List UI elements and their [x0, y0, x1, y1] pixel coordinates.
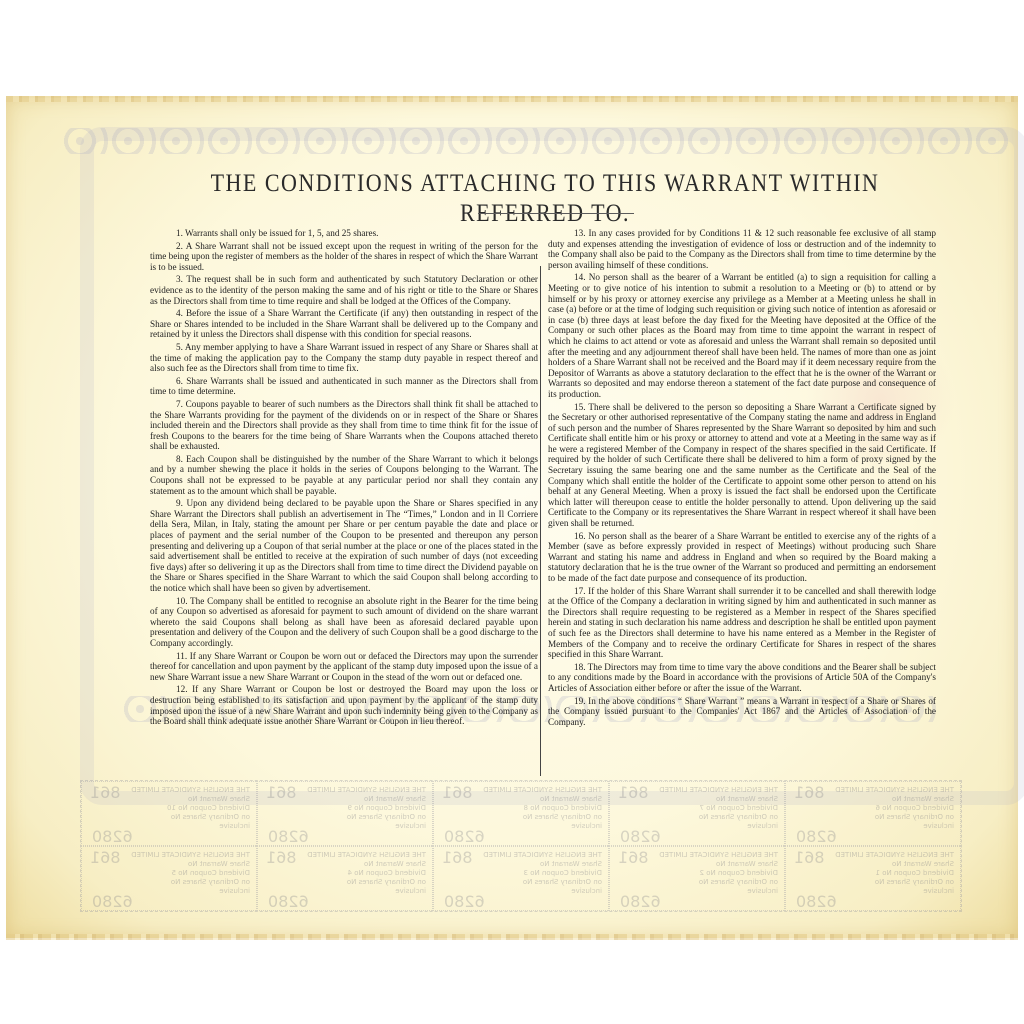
condition-paragraph: 18. The Directors may from time to time …: [548, 662, 936, 694]
condition-paragraph: 9. Upon any dividend being declared to b…: [150, 498, 538, 593]
show-through-coupon: THE ENGLISH SYNDICATE LIMITEDShare Warra…: [433, 781, 609, 846]
coupon-shares-label: on Ordinary Shares No: [440, 878, 602, 887]
coupon-share-range: 6280: [444, 897, 485, 906]
show-through-coupon: THE ENGLISH SYNDICATE LIMITEDShare Warra…: [785, 781, 961, 846]
coupon-shares-label: on Ordinary Shares No: [616, 878, 778, 887]
coupon-warrant-no: 861: [266, 788, 297, 797]
coupon-warrant-no: 861: [90, 853, 121, 862]
condition-paragraph: 14. No person shall as the bearer of a W…: [548, 272, 936, 399]
coupon-warrant-no: 861: [618, 853, 649, 862]
coupon-shares-label: on Ordinary Shares No: [440, 813, 602, 822]
coupon-number-label: Dividend Coupon No 2: [616, 869, 778, 878]
condition-paragraph: 12. If any Share Warrant or Coupon be lo…: [150, 684, 538, 726]
coupon-share-range: 6280: [92, 832, 133, 841]
coupon-shares-label: on Ordinary Shares No: [792, 878, 954, 887]
show-through-coupon: THE ENGLISH SYNDICATE LIMITEDShare Warra…: [257, 781, 433, 846]
coupon-number-label: Dividend Coupon No 8: [440, 804, 602, 813]
condition-paragraph: 8. Each Coupon shall be distinguished by…: [150, 454, 538, 496]
coupon-share-range: 6280: [620, 897, 661, 906]
coupon-shares-label: on Ordinary Shares No: [264, 878, 426, 887]
title-rule: [478, 213, 634, 214]
condition-paragraph: 16. No person shall as the bearer of a S…: [548, 531, 936, 584]
coupon-warrant-no: 861: [794, 788, 825, 797]
coupon-warrant-no: 861: [90, 788, 121, 797]
coupon-number-label: Dividend Coupon No 4: [264, 869, 426, 878]
coupon-number-label: Dividend Coupon No 7: [616, 804, 778, 813]
condition-paragraph: 17. If the holder of this Share Warrant …: [548, 586, 936, 660]
coupon-number-label: Dividend Coupon No 3: [440, 869, 602, 878]
condition-paragraph: 7. Coupons payable to bearer of such num…: [150, 399, 538, 452]
coupon-number-label: Dividend Coupon No 9: [264, 804, 426, 813]
show-through-coupon: THE ENGLISH SYNDICATE LIMITEDShare Warra…: [609, 846, 785, 911]
coupon-warrant-no: 861: [442, 788, 473, 797]
show-through-coupon: THE ENGLISH SYNDICATE LIMITEDShare Warra…: [257, 846, 433, 911]
show-through-coupon: THE ENGLISH SYNDICATE LIMITEDShare Warra…: [433, 846, 609, 911]
condition-paragraph: 4. Before the issue of a Share Warrant t…: [150, 308, 538, 340]
condition-paragraph: 2. A Share Warrant shall not be issued e…: [150, 241, 538, 273]
column-divider: [540, 266, 541, 776]
conditions-left-column: 1. Warrants shall only be issued for 1, …: [150, 228, 538, 729]
condition-paragraph: 10. The Company shall be entitled to rec…: [150, 596, 538, 649]
coupon-shares-label: on Ordinary Shares No: [616, 813, 778, 822]
coupon-warrant-no: 861: [442, 853, 473, 862]
condition-paragraph: 15. There shall be delivered to the pers…: [548, 402, 936, 529]
condition-paragraph: 19. In the above conditions “ Share Warr…: [548, 696, 936, 728]
coupon-warrant-no: 861: [266, 853, 297, 862]
show-through-coupon: THE ENGLISH SYNDICATE LIMITEDShare Warra…: [609, 781, 785, 846]
condition-paragraph: 1. Warrants shall only be issued for 1, …: [150, 228, 538, 239]
coupon-shares-label: on Ordinary Shares No: [88, 878, 250, 887]
coupon-share-range: 6280: [268, 832, 309, 841]
coupon-number-label: Dividend Coupon No 6: [792, 804, 954, 813]
condition-paragraph: 6. Share Warrants shall be issued and au…: [150, 376, 538, 397]
condition-paragraph: 3. The request shall be in such form and…: [150, 274, 538, 306]
coupon-warrant-no: 861: [794, 853, 825, 862]
show-through-coupon: THE ENGLISH SYNDICATE LIMITEDShare Warra…: [81, 781, 257, 846]
coupon-shares-label: on Ordinary Shares No: [792, 813, 954, 822]
coupon-share-range: 6280: [92, 897, 133, 906]
condition-paragraph: 11. If any Share Warrant or Coupon be wo…: [150, 651, 538, 683]
coupon-number-label: Dividend Coupon No 5: [88, 869, 250, 878]
coupon-share-range: 6280: [268, 897, 309, 906]
show-through-flourish-top: [60, 128, 1010, 154]
condition-paragraph: 13. In any cases provided for by Conditi…: [548, 228, 936, 270]
coupon-number-label: Dividend Coupon No 1: [792, 869, 954, 878]
coupon-share-range: 6280: [620, 832, 661, 841]
show-through-coupon: THE ENGLISH SYNDICATE LIMITEDShare Warra…: [785, 846, 961, 911]
coupon-share-range: 6280: [796, 897, 837, 906]
coupon-share-range: 6280: [796, 832, 837, 841]
condition-paragraph: 5. Any member applying to have a Share W…: [150, 342, 538, 374]
conditions-right-column: 13. In any cases provided for by Conditi…: [548, 228, 936, 729]
document-title: THE CONDITIONS ATTACHING TO THIS WARRANT…: [150, 168, 940, 228]
coupon-warrant-no: 861: [618, 788, 649, 797]
coupon-shares-label: on Ordinary Shares No: [264, 813, 426, 822]
show-through-coupon: THE ENGLISH SYNDICATE LIMITEDShare Warra…: [81, 846, 257, 911]
coupon-shares-label: on Ordinary Shares No: [88, 813, 250, 822]
show-through-coupon-grid: THE ENGLISH SYNDICATE LIMITEDShare Warra…: [80, 780, 962, 912]
coupon-share-range: 6280: [444, 832, 485, 841]
coupon-number-label: Dividend Coupon No 10: [88, 804, 250, 813]
